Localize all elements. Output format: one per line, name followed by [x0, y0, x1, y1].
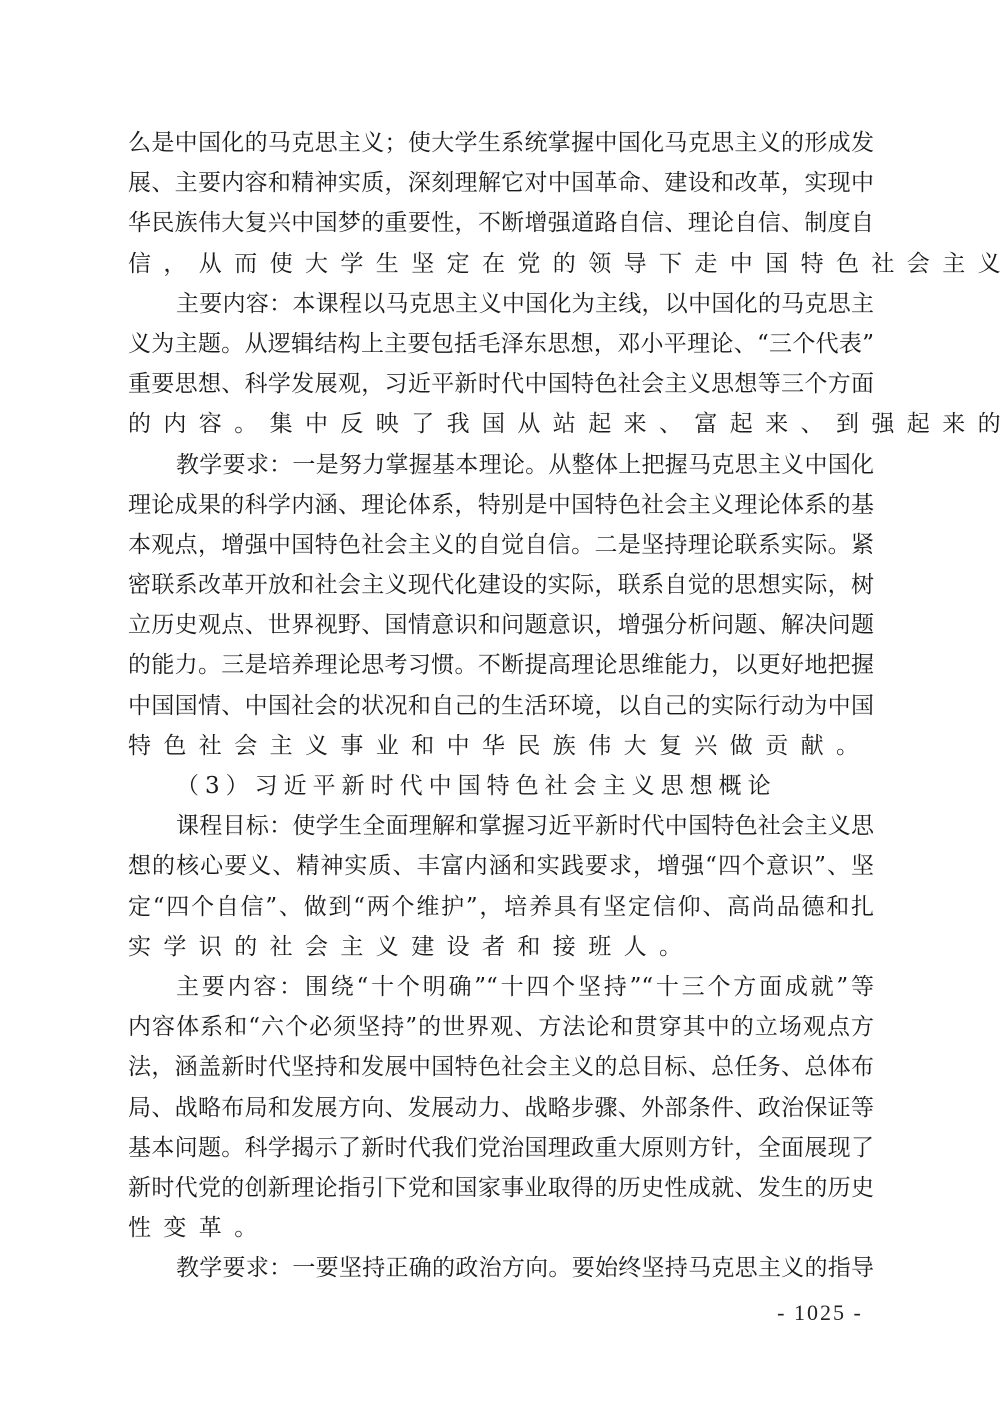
text-line: 局、战略布局和发展方向、发展动力、战略步骤、外部条件、政治保证等: [128, 1088, 874, 1128]
text-line: 新时代党的创新理论指引下党和国家事业取得的历史性成就、发生的历史: [128, 1168, 874, 1208]
text-line: 定“四个自信”、做到“两个维护”，培养具有坚定信仰、高尚品德和扎: [128, 887, 874, 927]
text-line: 立历史观点、世界视野、国情意识和问题意识，增强分析问题、解决问题: [128, 605, 874, 645]
text-line: 的内容。集中反映了我国从站起来、富起来、到强起来的时代征程。: [128, 404, 878, 444]
text-line: 密联系改革开放和社会主义现代化建设的实际，联系自觉的思想实际，树: [128, 565, 874, 605]
text-line: 想的核心要义、精神实质、丰富内涵和实践要求，增强“四个意识”、坚: [128, 846, 874, 886]
page-number: - 1025 -: [760, 1300, 880, 1326]
document-body: 么是中国化的马克思主义；使大学生系统掌握中国化马克思主义的形成发 展、主要内容和…: [128, 123, 878, 1288]
text-line: 性变革。: [128, 1208, 878, 1248]
text-line: 法，涵盖新时代坚持和发展中国特色社会主义的总目标、总任务、总体布: [128, 1047, 874, 1087]
text-line: 本观点，增强中国特色社会主义的自觉自信。二是坚持理论联系实际。紧: [128, 525, 874, 565]
text-line: 义为主题。从逻辑结构上主要包括毛泽东思想，邓小平理论、“三个代表”: [128, 324, 874, 364]
text-line: 内容体系和“六个必须坚持”的世界观、方法论和贯穿其中的立场观点方: [128, 1007, 874, 1047]
text-line: 的能力。三是培养理论思考习惯。不断提高理论思维能力，以更好地把握: [128, 645, 874, 685]
text-line: 理论成果的科学内涵、理论体系，特别是中国特色社会主义理论体系的基: [128, 485, 874, 525]
text-line: 特色社会主义事业和中华民族伟大复兴做贡献。: [128, 726, 878, 766]
text-line: 基本问题。科学揭示了新时代我们党治国理政重大原则方针，全面展现了: [128, 1128, 874, 1168]
paragraph-start-main-content: 主要内容：围绕“十个明确”“十四个坚持”“十三个方面成就”等: [128, 967, 874, 1007]
text-line: 么是中国化的马克思主义；使大学生系统掌握中国化马克思主义的形成发: [128, 123, 874, 163]
text-line: 重要思想、科学发展观，习近平新时代中国特色社会主义思想等三个方面: [128, 364, 874, 404]
paragraph-start-course-objectives: 课程目标：使学生全面理解和掌握习近平新时代中国特色社会主义思: [128, 806, 874, 846]
text-line: 展、主要内容和精神实质，深刻理解它对中国革命、建设和改革，实现中: [128, 163, 874, 203]
paragraph-start-teaching-requirements: 教学要求：一是努力掌握基本理论。从整体上把握马克思主义中国化: [128, 445, 874, 485]
text-line: 华民族伟大复兴中国梦的重要性，不断增强道路自信、理论自信、制度自: [128, 203, 874, 243]
paragraph-start-teaching-requirements: 教学要求：一要坚持正确的政治方向。要始终坚持马克思主义的指导: [128, 1248, 874, 1288]
text-line: 中国国情、中国社会的状况和自己的生活环境，以自己的实际行动为中国: [128, 686, 874, 726]
text-line: 实学识的社会主义建设者和接班人。: [128, 927, 878, 967]
section-heading: （3）习近平新时代中国特色社会主义思想概论: [128, 766, 878, 806]
paragraph-start-main-content: 主要内容：本课程以马克思主义中国化为主线，以中国化的马克思主: [128, 284, 874, 324]
text-line: 信，从而使大学生坚定在党的领导下走中国特色社会主义道路的信念。: [128, 244, 878, 284]
